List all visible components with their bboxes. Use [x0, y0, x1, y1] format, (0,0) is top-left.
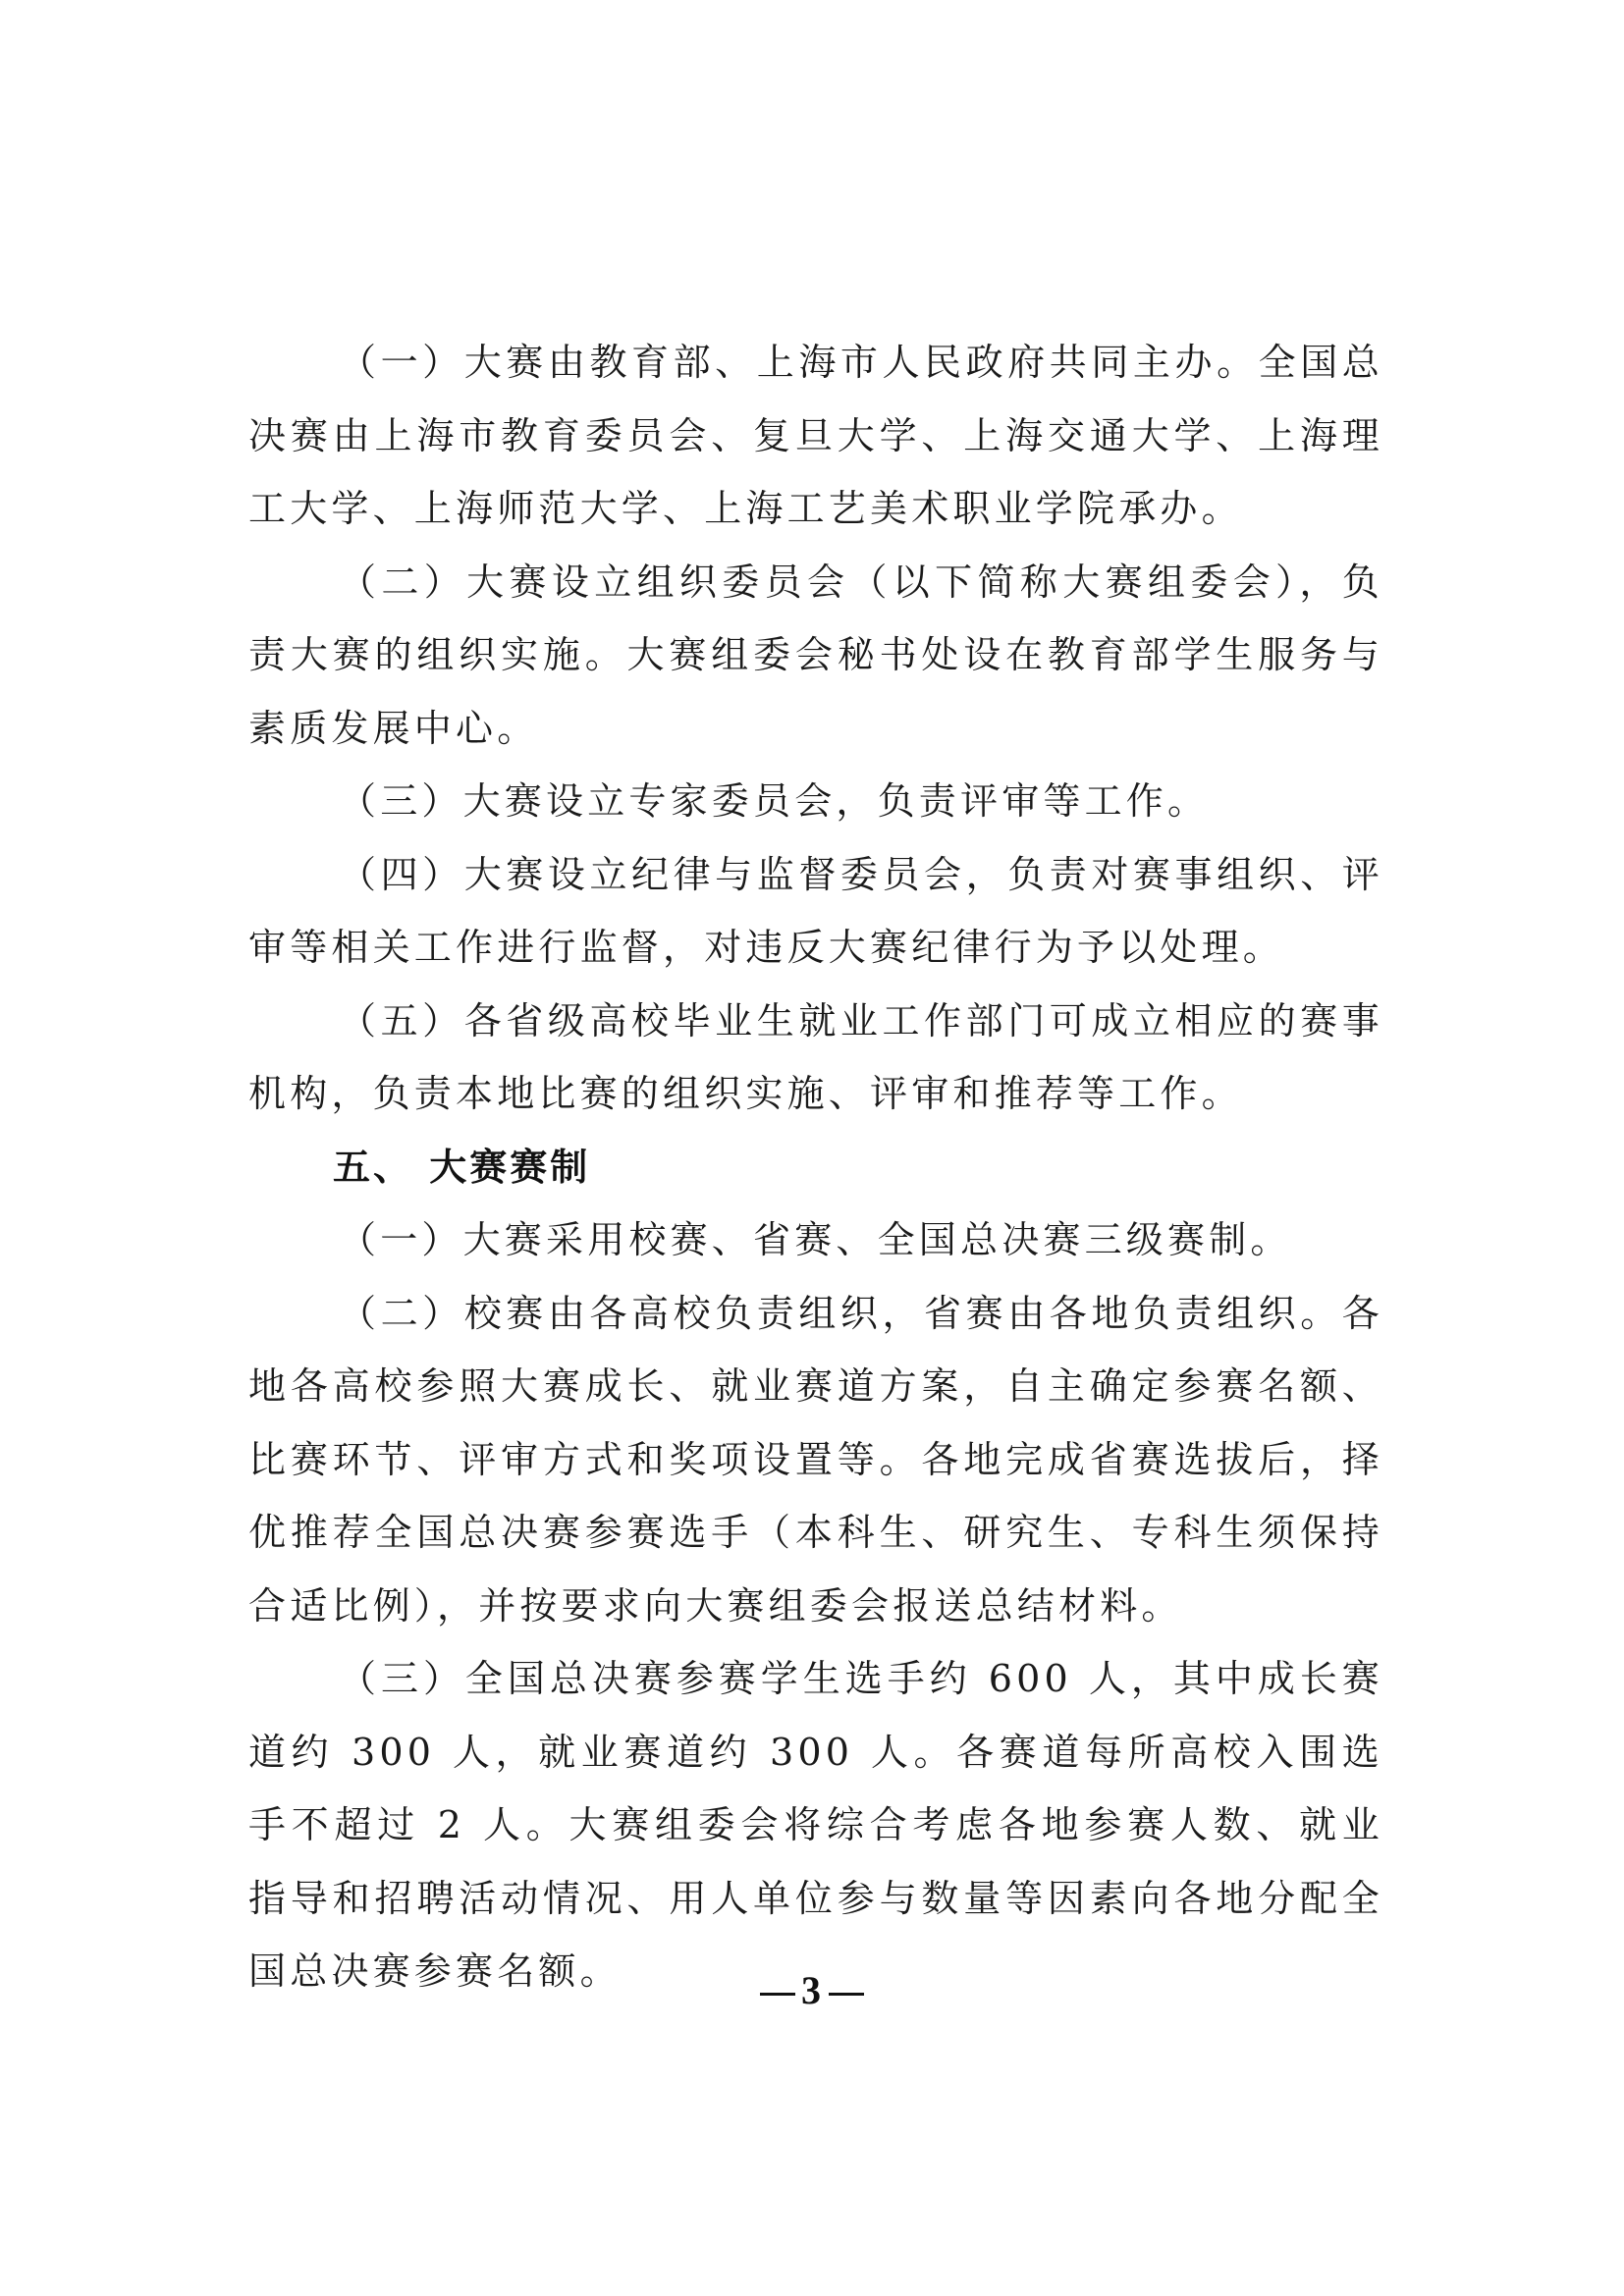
paragraph-discipline-committee: （四）大赛设立纪律与监督委员会，负责对赛事组织、评审等相关工作进行监督，对违反大… — [248, 838, 1383, 985]
page-number-footer: 3 — [0, 1967, 1624, 2013]
page-number: 3 — [801, 1968, 823, 2012]
paragraph-organizing-committee: （二）大赛设立组织委员会（以下简称大赛组委会），负责大赛的组织实施。大赛组委会秘… — [248, 546, 1383, 766]
em-dash-left — [760, 1993, 795, 1996]
section-heading-competition-format: 五、 大赛赛制 — [248, 1131, 1383, 1204]
paragraph-provincial-agencies: （五）各省级高校毕业生就业工作部门可成立相应的赛事机构，负责本地比赛的组织实施、… — [248, 985, 1383, 1131]
paragraph-organizers: （一）大赛由教育部、上海市人民政府共同主办。全国总决赛由上海市教育委员会、复旦大… — [248, 326, 1383, 546]
paragraph-national-finals-quota: （三）全国总决赛参赛学生选手约 600 人，其中成长赛道约 300 人，就业赛道… — [248, 1642, 1383, 2008]
document-page: （一）大赛由教育部、上海市人民政府共同主办。全国总决赛由上海市教育委员会、复旦大… — [0, 0, 1624, 2296]
paragraph-expert-committee: （三）大赛设立专家委员会，负责评审等工作。 — [248, 765, 1383, 838]
em-dash-right — [829, 1993, 864, 1996]
paragraph-three-tier-format: （一）大赛采用校赛、省赛、全国总决赛三级赛制。 — [248, 1203, 1383, 1277]
page-body: （一）大赛由教育部、上海市人民政府共同主办。全国总决赛由上海市教育委员会、复旦大… — [248, 326, 1383, 2008]
paragraph-school-provincial-rounds: （二）校赛由各高校负责组织，省赛由各地负责组织。各地各高校参照大赛成长、就业赛道… — [248, 1277, 1383, 1643]
